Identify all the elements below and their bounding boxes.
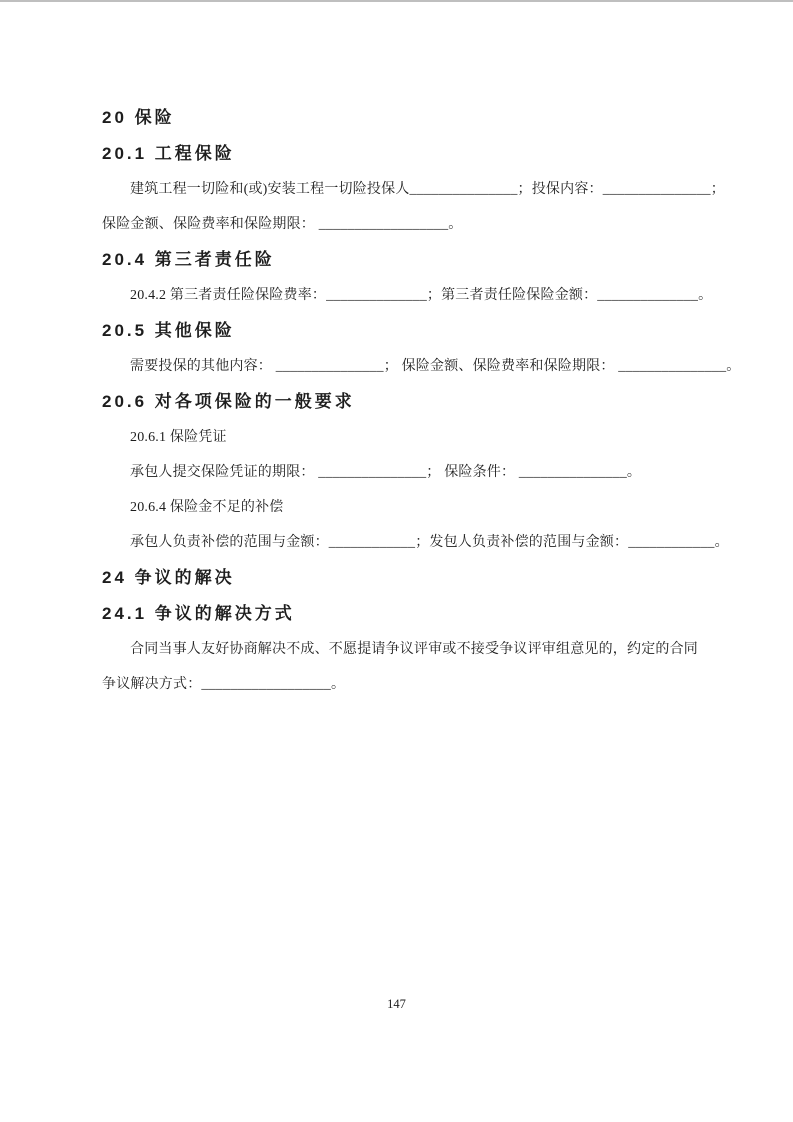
- section-heading: 20.4 第三者责任险: [102, 242, 698, 278]
- chapter-heading: 24 争议的解决: [102, 560, 698, 596]
- section-heading: 20.6 对各项保险的一般要求: [102, 384, 698, 420]
- document-body: 20 保险20.1 工程保险建筑工程一切险和(或)安装工程一切险投保人_____…: [102, 100, 698, 702]
- page-number: 147: [0, 995, 793, 1013]
- paragraph-line: 承包人提交保险凭证的期限： _______________； 保险条件： ___…: [102, 455, 698, 490]
- document-page: 20 保险20.1 工程保险建筑工程一切险和(或)安装工程一切险投保人_____…: [0, 0, 793, 1122]
- paragraph-line: 20.4.2 第三者责任险保险费率：______________；第三者责任险保…: [102, 278, 698, 313]
- paragraph-line: 保险金额、保险费率和保险期限： __________________。: [102, 207, 698, 242]
- section-heading: 24.1 争议的解决方式: [102, 596, 698, 632]
- chapter-heading: 20 保险: [102, 100, 698, 136]
- scan-edge-line: [0, 0, 793, 2]
- section-heading: 20.1 工程保险: [102, 136, 698, 172]
- paragraph-line: 合同当事人友好协商解决不成、不愿提请争议评审或不接受争议评审组意见的，约定的合同: [102, 632, 698, 667]
- paragraph-line: 承包人负责补偿的范围与金额：____________；发包人负责补偿的范围与金额…: [102, 525, 698, 560]
- paragraph-line: 20.6.1 保险凭证: [102, 420, 698, 455]
- paragraph-line: 争议解决方式：__________________。: [102, 667, 698, 702]
- section-heading: 20.5 其他保险: [102, 313, 698, 349]
- paragraph-line: 建筑工程一切险和(或)安装工程一切险投保人_______________；投保内…: [102, 172, 698, 207]
- paragraph-line: 20.6.4 保险金不足的补偿: [102, 490, 698, 525]
- paragraph-line: 需要投保的其他内容： _______________； 保险金额、保险费率和保险…: [102, 349, 698, 384]
